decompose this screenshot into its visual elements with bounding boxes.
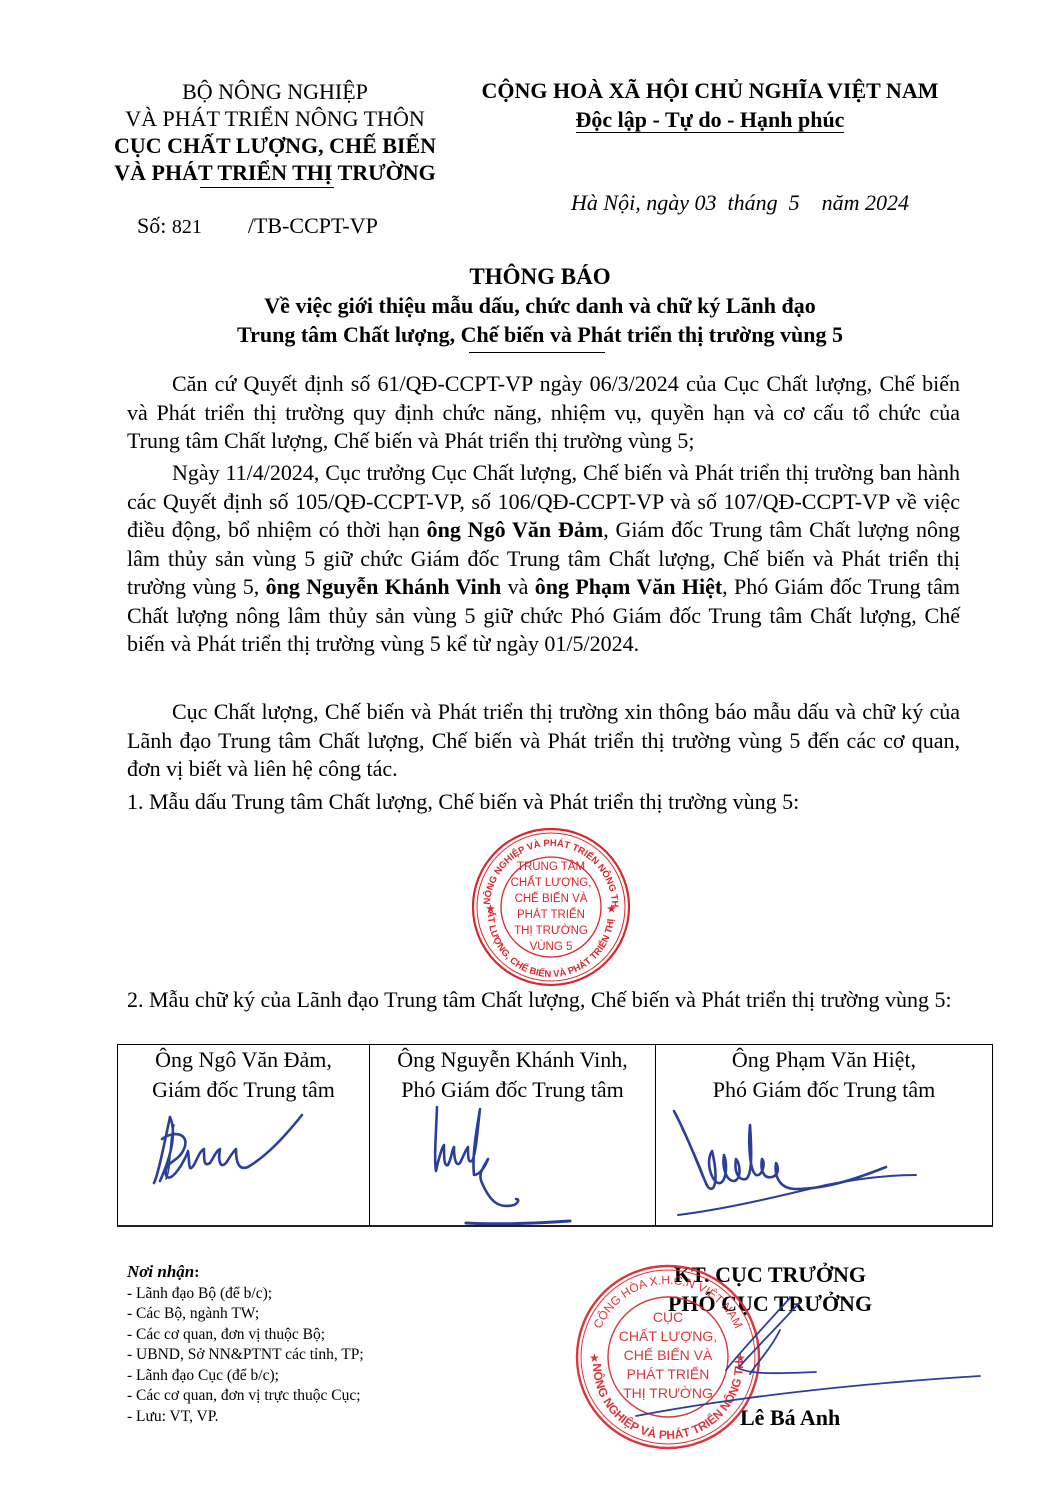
national-header: CỘNG HOÀ XÃ HỘI CHỦ NGHĨA VIỆT NAM Độc l… [460, 76, 960, 134]
signature-image [118, 1105, 369, 1225]
ministry-line-2: VÀ PHÁT TRIỂN NÔNG THÔN [95, 105, 455, 132]
title-divider [469, 352, 605, 353]
recipient-item: - Lãnh đạo Cục (để b/c); [127, 1366, 364, 1387]
svg-text:★: ★ [607, 904, 616, 915]
recipient-item: - Các cơ quan, đơn vị thuộc Bộ; [127, 1325, 364, 1346]
stamp-inner-line: VÙNG 5 [530, 940, 573, 953]
stamp-inner-line: CHẤT LƯỢNG, [511, 876, 592, 889]
national-motto: Độc lập - Tự do - Hạnh phúc [576, 108, 845, 133]
document-type: THÔNG BÁO [100, 262, 980, 291]
signature-cell-deputy-1: Ông Nguyễn Khánh Vinh, Phó Giám đốc Trun… [370, 1045, 656, 1227]
signatory-position: Phó Giám đốc Trung tâm [370, 1075, 655, 1105]
appointee-name: ông Nguyễn Khánh Vinh [266, 574, 502, 599]
appointee-name: ông Ngô Văn Đảm [427, 517, 604, 542]
recipients-list: Nơi nhận: - Lãnh đạo Bộ (để b/c);- Các B… [127, 1262, 364, 1427]
signature-sample-table: Ông Ngô Văn Đảm, Giám đốc Trung tâm Ông … [117, 1044, 993, 1227]
doc-number-suffix: /TB-CCPT-VP [248, 213, 378, 238]
section-seal-sample: 1. Mẫu dấu Trung tâm Chất lượng, Chế biế… [127, 788, 960, 817]
signature-image [370, 1105, 655, 1225]
stamp-inner-line: PHÁT TRIỂN [517, 908, 585, 921]
recipient-item: - UBND, Sở NN&PTNT các tỉnh, TP; [127, 1345, 364, 1366]
svg-text:★: ★ [486, 904, 495, 915]
signatory-name: Ông Nguyễn Khánh Vinh, [370, 1045, 655, 1075]
signatory-position: Giám đốc Trung tâm [118, 1075, 369, 1105]
signatory-position: Phó Giám đốc Trung tâm [656, 1075, 992, 1105]
paragraph-text: Cục Chất lượng, Chế biến và Phát triển t… [127, 699, 960, 781]
paragraph-appointments: Ngày 11/4/2024, Cục trưởng Cục Chất lượn… [127, 459, 960, 659]
recipient-items: - Lãnh đạo Bộ (để b/c);- Các Bộ, ngành T… [127, 1284, 364, 1428]
stamp-inner-line: THỊ TRƯỜNG [514, 924, 588, 937]
subject-line-2: Trung tâm Chất lượng, Chế biến và Phát t… [100, 320, 980, 349]
stamp-inner-line: TRUNG TÂM [517, 860, 585, 873]
signature-image [656, 1105, 993, 1225]
paragraph-announcement: Cục Chất lượng, Chế biến và Phát triển t… [127, 698, 960, 784]
paragraph-text: và [501, 574, 535, 599]
recipient-item: - Lưu: VT, VP. [127, 1407, 364, 1428]
header-left-divider [200, 187, 334, 188]
agency-line-2: VÀ PHÁT TRIỂN THỊ TRƯỜNG [95, 159, 455, 186]
recipients-heading: Nơi nhận [127, 1262, 194, 1281]
issuing-agency-header: BỘ NÔNG NGHIỆP VÀ PHÁT TRIỂN NÔNG THÔN C… [95, 78, 455, 186]
subject-line-1: Về việc giới thiệu mẫu dấu, chức danh và… [100, 291, 980, 320]
section-signature-sample: 2. Mẫu chữ ký của Lãnh đạo Trung tâm Chấ… [127, 986, 960, 1015]
signature-cell-director: Ông Ngô Văn Đảm, Giám đốc Trung tâm [118, 1045, 370, 1227]
doc-number-value: 821 [172, 216, 202, 238]
agency-line-1: CỤC CHẤT LƯỢNG, CHẾ BIẾN [95, 132, 455, 159]
signer-signature [630, 1290, 990, 1450]
signature-cell-deputy-2: Ông Phạm Văn Hiệt, Phó Giám đốc Trung tâ… [656, 1045, 993, 1227]
document-title-block: THÔNG BÁO Về việc giới thiệu mẫu dấu, ch… [100, 262, 980, 349]
appointee-name: ông Phạm Văn Hiệt [535, 574, 722, 599]
ministry-line-1: BỘ NÔNG NGHIỆP [95, 78, 455, 105]
paragraph-legal-basis: Căn cứ Quyết định số 61/QĐ-CCPT-VP ngày … [127, 370, 960, 456]
stamp-inner-line: CHẾ BIẾN VÀ [515, 892, 588, 905]
svg-text:★: ★ [589, 1351, 600, 1365]
document-number: Số: 821/TB-CCPT-VP [137, 213, 378, 239]
doc-number-label: Số: [137, 213, 166, 238]
country-name: CỘNG HOÀ XÃ HỘI CHỦ NGHĨA VIỆT NAM [460, 76, 960, 105]
place-date: Hà Nội, ngày 03 tháng 5 năm 2024 [460, 190, 1020, 216]
recipient-item: - Các cơ quan, đơn vị trực thuộc Cục; [127, 1386, 364, 1407]
signatory-name: Ông Ngô Văn Đảm, [118, 1045, 369, 1075]
paragraph-text: Căn cứ Quyết định số 61/QĐ-CCPT-VP ngày … [127, 371, 960, 453]
center-seal-stamp: BỘ NÔNG NGHIỆP VÀ PHÁT TRIỂN NÔNG THÔN C… [470, 826, 632, 988]
recipient-item: - Lãnh đạo Bộ (để b/c); [127, 1284, 364, 1305]
recipient-item: - Các Bộ, ngành TW; [127, 1304, 364, 1325]
recipients-heading-colon: : [194, 1264, 199, 1281]
signatory-name: Ông Phạm Văn Hiệt, [656, 1045, 992, 1075]
